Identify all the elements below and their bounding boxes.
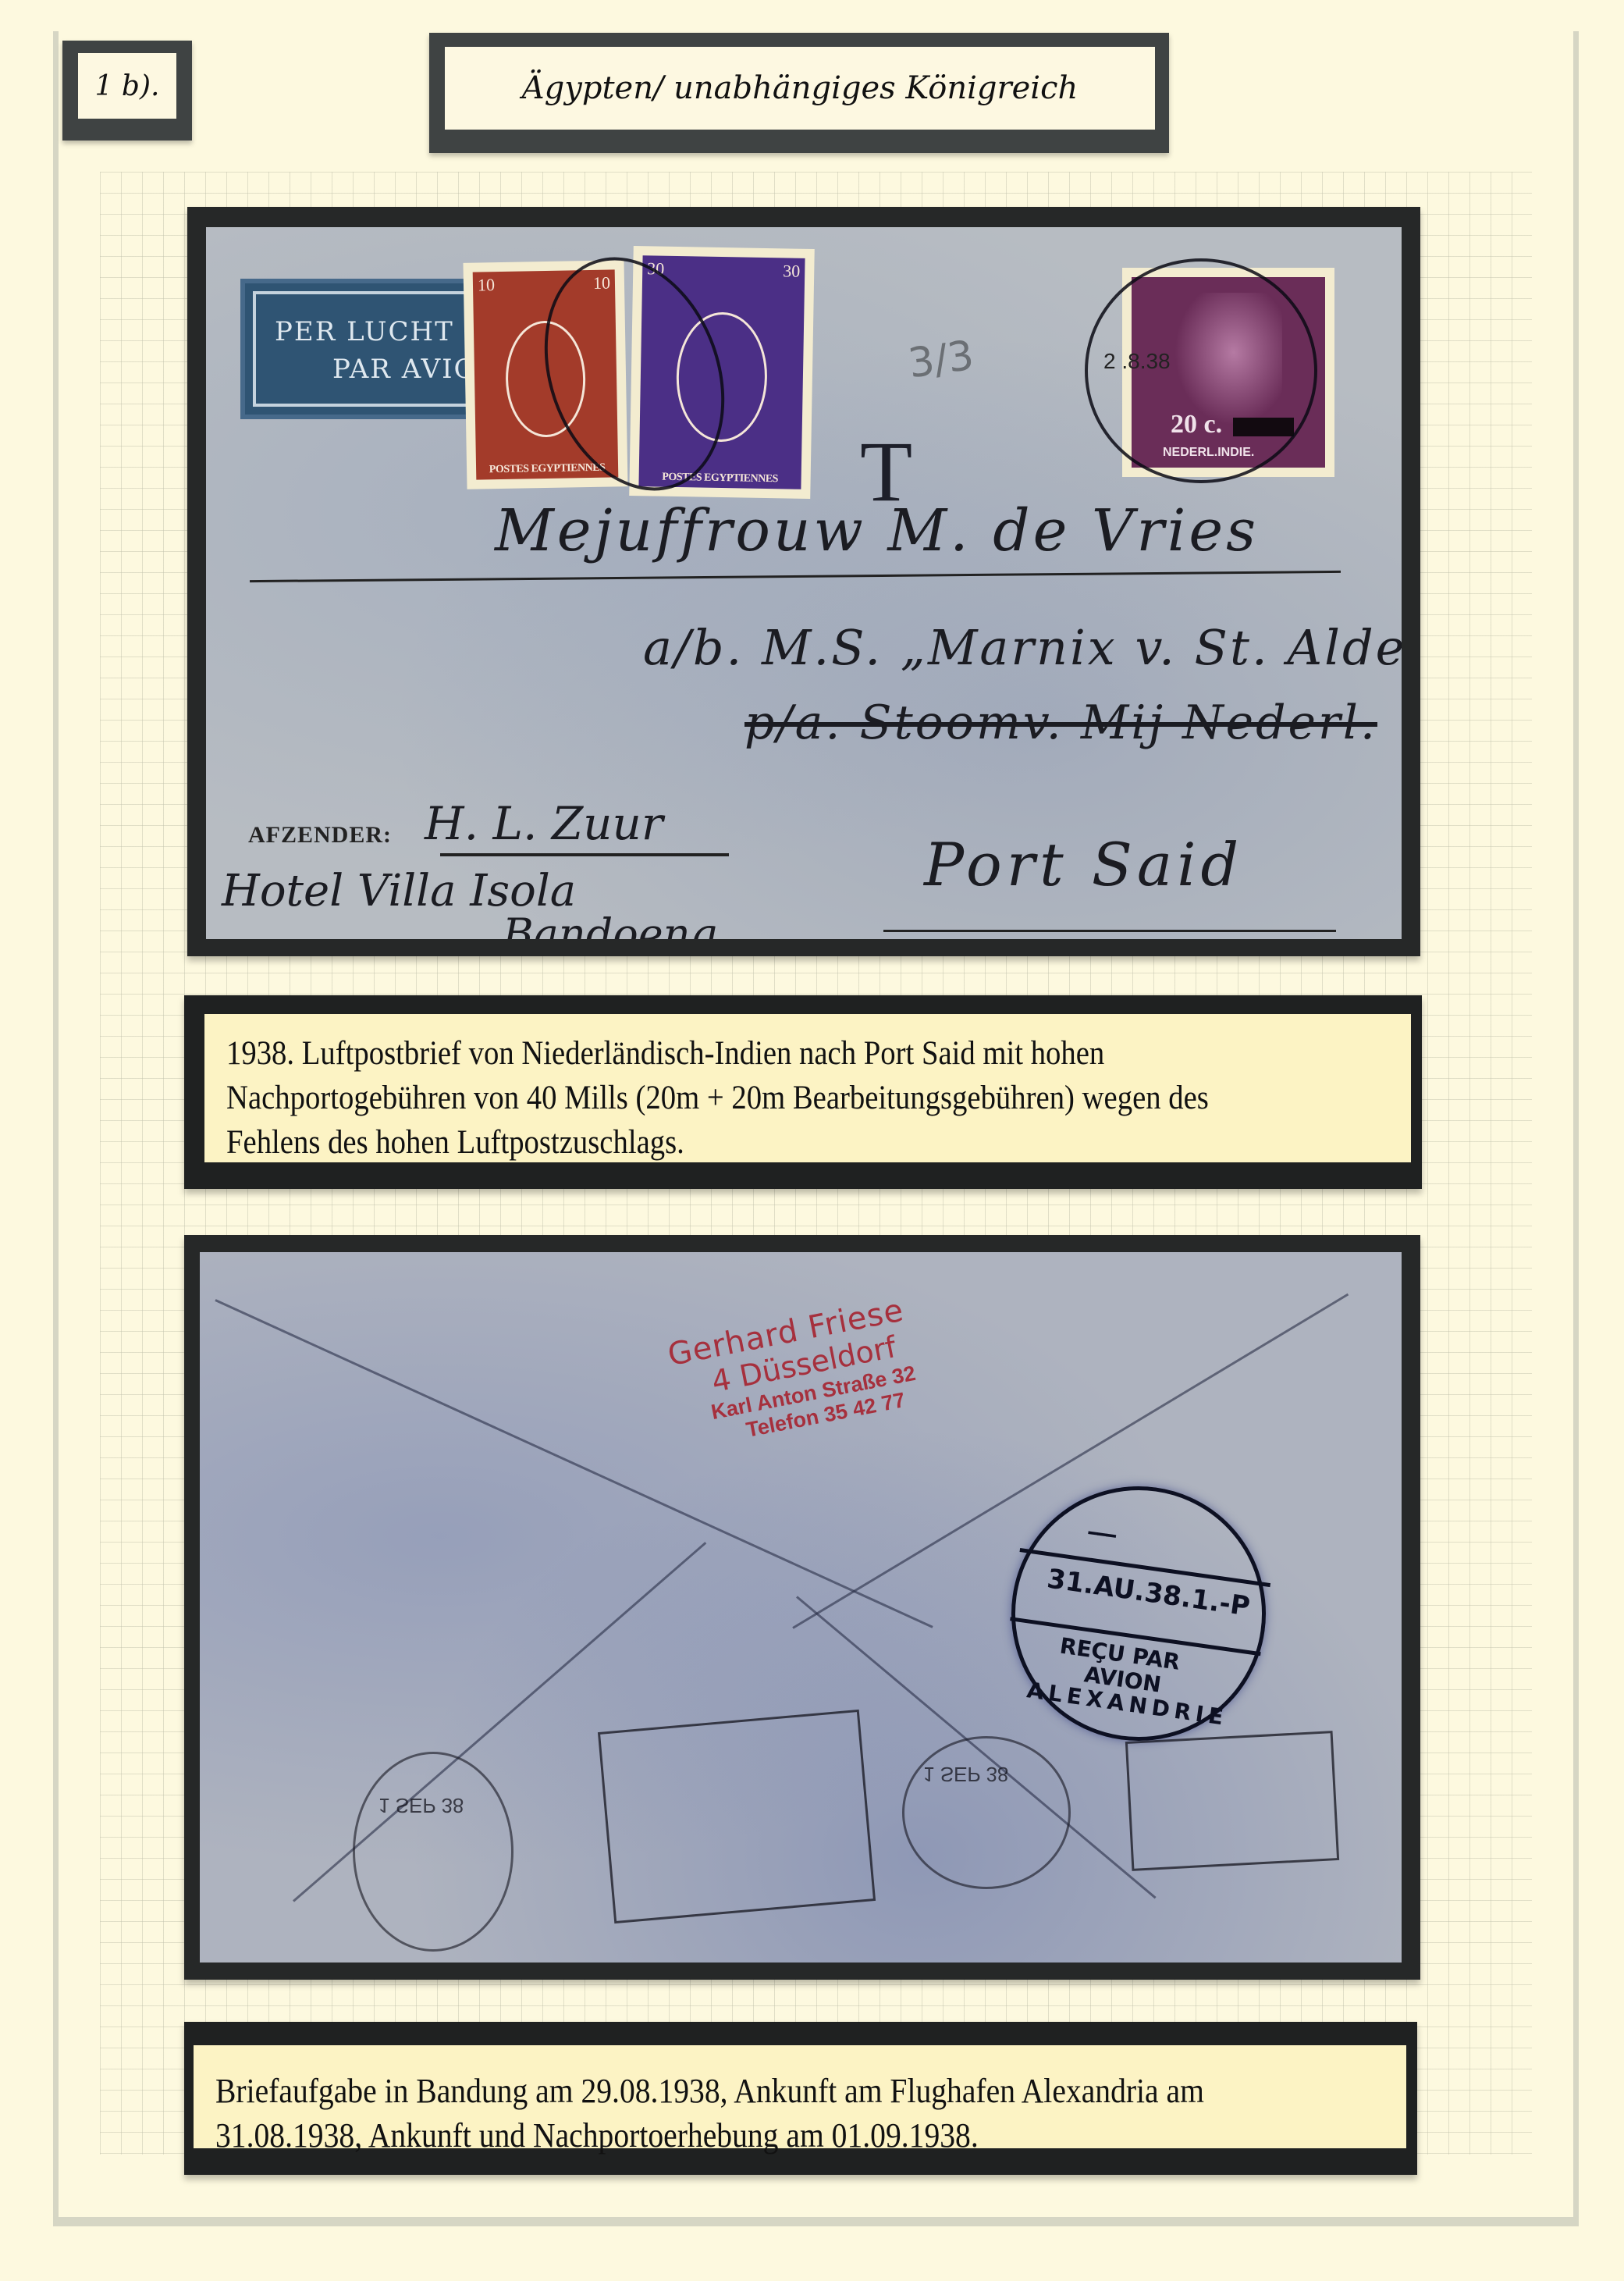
port-said-tax-handstamp xyxy=(1125,1731,1339,1871)
section-number: 1 b). xyxy=(95,70,160,102)
sender-name: H. L. Zuur xyxy=(425,797,663,850)
airmail-label-line2: PAR AVIO xyxy=(332,354,477,385)
address-line-2: a/b. M.S. „Marnix v. St. Aldeg. xyxy=(643,619,1402,676)
country-title-label: Ägypten/ unabhängiges Königreich xyxy=(429,33,1169,153)
destination-city: Port Said xyxy=(924,830,1243,899)
airmail-label-line1: PER LUCHT xyxy=(275,316,454,347)
front-cover: PER LUCHT PAR AVIO 10 10 POSTES EGYPTIEN… xyxy=(206,227,1402,939)
front-cover-mount: PER LUCHT PAR AVIO 10 10 POSTES EGYPTIEN… xyxy=(187,207,1420,956)
section-number-label: 1 b). xyxy=(62,41,192,141)
caption-front: 1938. Luftpostbrief von Niederländisch-I… xyxy=(184,995,1422,1189)
back-cover: Gerhard Friese 4 Düsseldorf Karl Anton S… xyxy=(200,1252,1402,1963)
port-said-postmark: 1 SEP 38 xyxy=(902,1736,1071,1889)
caption-front-line: Nachportogebühren von 40 Mills (20m + 20… xyxy=(226,1076,1364,1120)
port-said-tax-handstamp xyxy=(598,1710,876,1923)
alexandria-arrival-postmark: ـــ 31.AU.38.1.-P REÇU PAR AVION ALEXAND… xyxy=(995,1470,1282,1757)
sender-underline xyxy=(440,853,729,856)
bandoeng-cancel-postmark: 2 .8.38 xyxy=(1085,258,1317,483)
recipient-underline xyxy=(250,571,1341,582)
caption-front-line: 1938. Luftpostbrief von Niederländisch-I… xyxy=(226,1031,1364,1076)
destination-underline xyxy=(883,930,1336,939)
arabic-inscription: ـــ xyxy=(1087,1506,1119,1545)
back-cover-mount: Gerhard Friese 4 Düsseldorf Karl Anton S… xyxy=(184,1235,1420,1980)
caption-back-line: Briefaufgabe in Bandung am 29.08.1938, A… xyxy=(215,2069,1367,2113)
caption-back-line: 31.08.1938, Ankunft und Nachportoerhebun… xyxy=(215,2113,1367,2158)
return-address-stamp: Gerhard Friese 4 Düsseldorf Karl Anton S… xyxy=(665,1292,922,1454)
recipient-name: Mejuffrouw M. de Vries xyxy=(495,497,1259,564)
caption-back: Briefaufgabe in Bandung am 29.08.1938, A… xyxy=(184,2022,1417,2175)
address-line-3: p/a. Stoomv. Mij Nederl. xyxy=(744,696,1377,750)
sender-city: Bandoeng xyxy=(503,909,717,939)
pencil-note: 3/3 xyxy=(905,332,976,387)
caption-front-line: Fehlens des hohen Luftpostzuschlags. xyxy=(226,1120,1364,1165)
port-said-postmark: 1 SEP 38 xyxy=(353,1752,513,1952)
sender-label: AFZENDER: xyxy=(248,822,392,849)
page-title: Ägypten/ unabhängiges Königreich xyxy=(522,70,1078,106)
